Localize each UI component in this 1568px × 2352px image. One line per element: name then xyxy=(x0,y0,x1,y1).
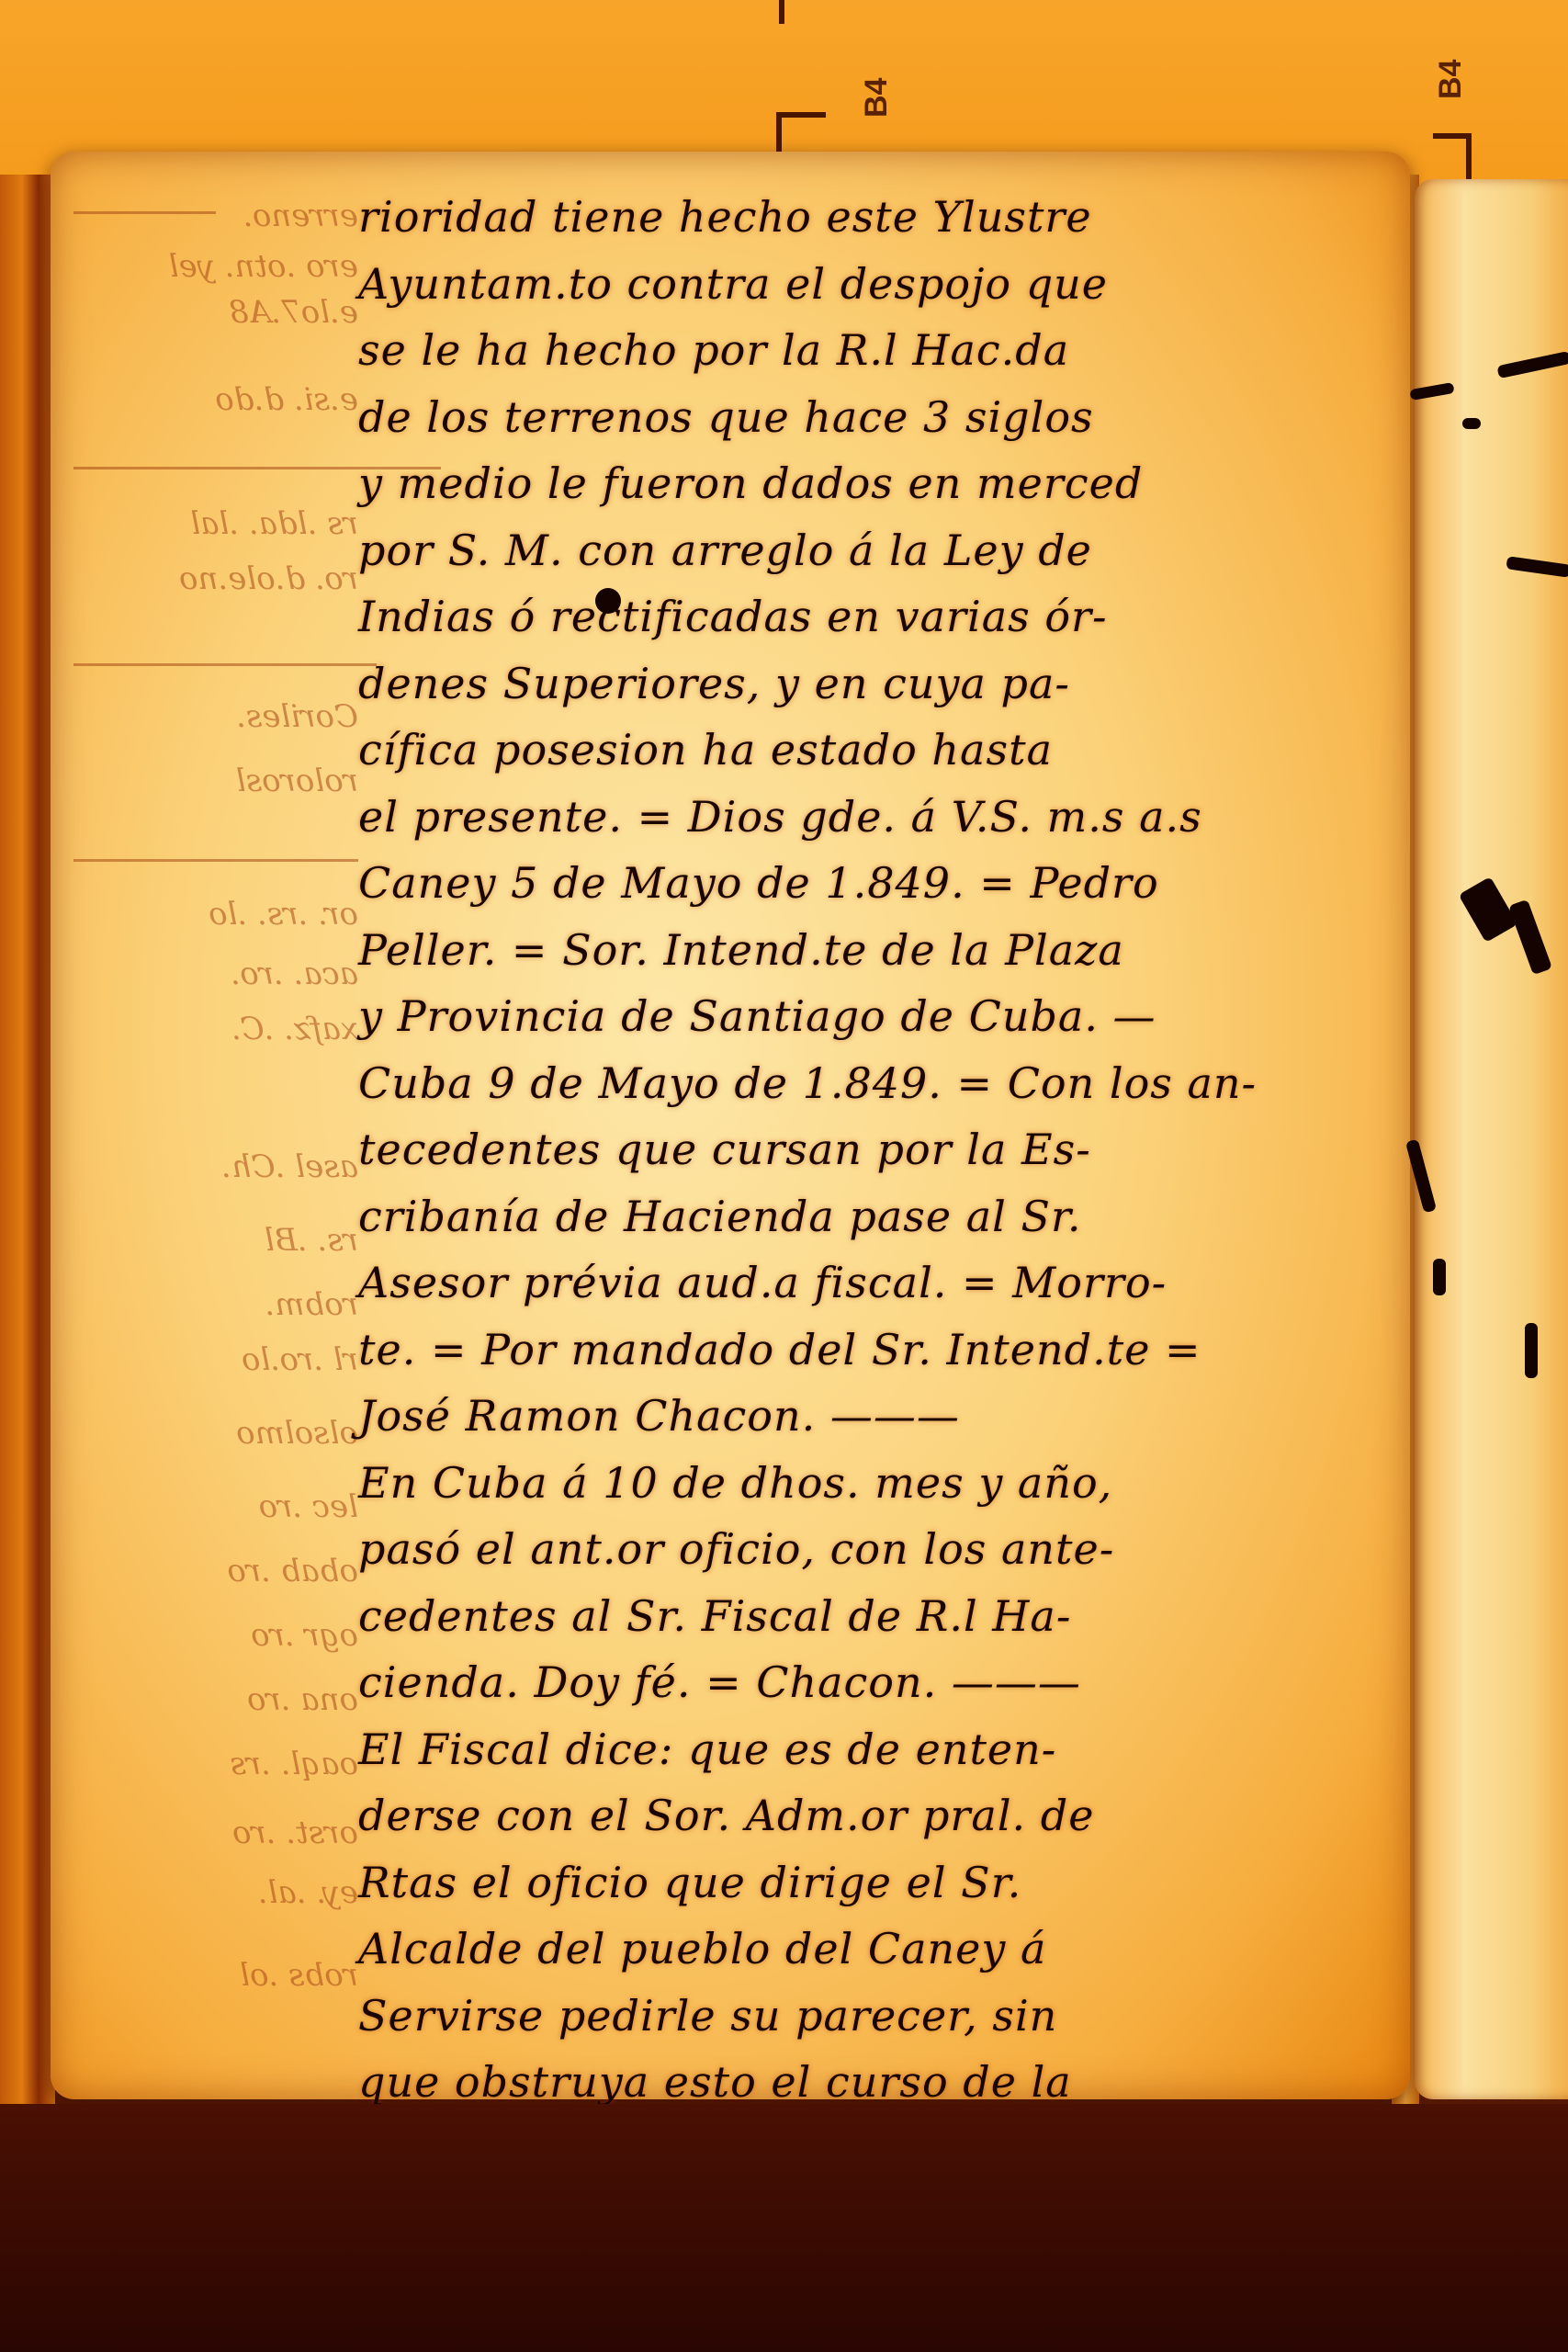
text-line: Caney 5 de Mayo de 1.849. = Pedro xyxy=(358,850,1387,917)
frame-label-left: B4 xyxy=(859,78,895,118)
text-line: rioridad tiene hecho este Ylustre xyxy=(358,184,1387,251)
dark-base xyxy=(0,2104,1568,2352)
text-line: cedentes al Sr. Fiscal de R.l Ha- xyxy=(358,1583,1387,1650)
text-line-signature: José Ramon Chacon. ——— xyxy=(358,1383,1387,1450)
text-line: Alcalde del pueblo del Caney á xyxy=(358,1916,1387,1983)
text-line: se le ha hecho por la R.l Hac.da xyxy=(358,317,1387,384)
margin-rule xyxy=(73,663,377,666)
frame-tick-top xyxy=(779,0,784,24)
frame-label-right: B4 xyxy=(1433,60,1469,99)
text-line: Ayuntam.to contra el despojo que xyxy=(358,251,1387,318)
facing-page xyxy=(1415,179,1568,2099)
text-line: En Cuba á 10 de dhos. mes y año, xyxy=(358,1450,1387,1517)
text-line: tecedentes que cursan por la Es- xyxy=(358,1116,1387,1183)
text-line: el presente. = Dios gde. á V.S. m.s a.s xyxy=(358,784,1387,851)
text-line: El Fiscal dice: que es de enten- xyxy=(358,1716,1387,1783)
text-line: Cuba 9 de Mayo de 1.849. = Con los an- xyxy=(358,1050,1387,1117)
text-line: Asesor prévia aud.a fiscal. = Morro- xyxy=(358,1249,1387,1317)
text-line: Indias ó rectificadas en varias ór- xyxy=(358,583,1387,650)
text-line: derse con el Sor. Adm.or pral. de xyxy=(358,1782,1387,1849)
text-line: Rtas el oficio que dirige el Sr. xyxy=(358,1849,1387,1917)
text-line: cífica posesion ha estado hasta xyxy=(358,717,1387,784)
text-line: y medio le fueron dados en merced xyxy=(358,450,1387,517)
text-line: de los terrenos que hace 3 siglos xyxy=(358,384,1387,451)
text-line: cribanía de Hacienda pase al Sr. xyxy=(358,1183,1387,1250)
ink-blot xyxy=(595,588,621,614)
text-line: denes Superiores, y en cuya pa- xyxy=(358,650,1387,718)
text-line: pasó el ant.or oficio, con los ante- xyxy=(358,1516,1387,1583)
frame-corner-left xyxy=(776,112,826,154)
text-line: por S. M. con arreglo á la Ley de xyxy=(358,517,1387,584)
book-binding xyxy=(0,175,55,2104)
manuscript-text: rioridad tiene hecho este Ylustre Ayunta… xyxy=(358,184,1387,2116)
text-line: Peller. = Sor. Intend.te de la Plaza xyxy=(358,917,1387,984)
text-line: te. = Por mandado del Sr. Intend.te = xyxy=(358,1317,1387,1384)
margin-rule xyxy=(73,859,358,862)
text-line-signature: cienda. Doy fé. = Chacon. ——— xyxy=(358,1649,1387,1716)
text-line: y Provincia de Santiago de Cuba. — xyxy=(358,983,1387,1050)
text-line: Servirse pedirle su parecer, sin xyxy=(358,1983,1387,2050)
